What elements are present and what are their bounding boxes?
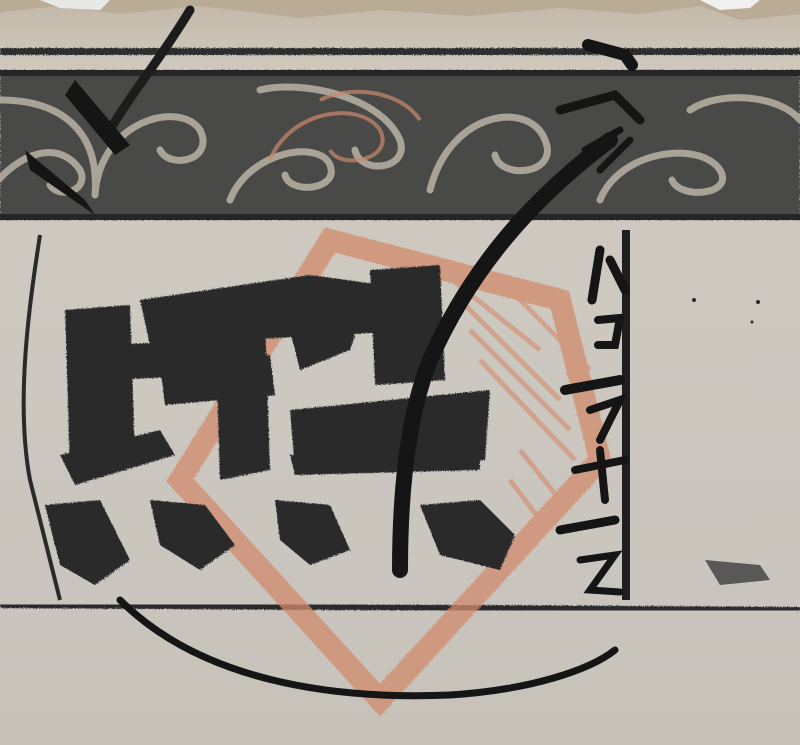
artifact-drawing	[0, 0, 800, 745]
torn-top-edge	[0, 0, 800, 20]
bottom-rule-line	[0, 605, 800, 610]
ink-specks	[692, 298, 770, 585]
main-character-glyph	[45, 265, 515, 585]
artifact-photo: 照	[0, 0, 800, 745]
left-border-line	[24, 235, 60, 600]
